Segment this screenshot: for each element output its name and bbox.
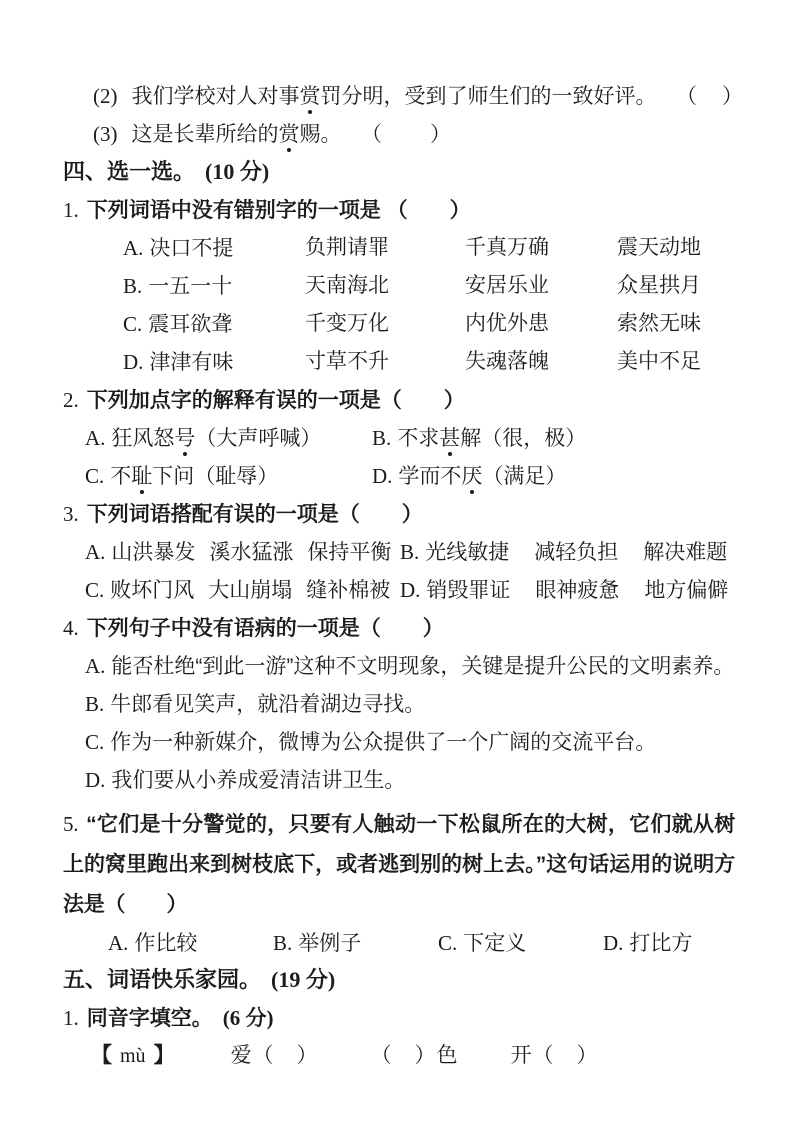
option-label: A. [85,426,105,450]
phrase: 山洪暴发 [111,541,195,564]
q2-option-b: B.不求甚解（很，极） [372,424,735,453]
option-label: D. [603,931,623,955]
q3-group-d: D.销毁罪证眼神疲惫地方偏僻 [400,576,735,605]
option-text-pre: 不求 [397,427,439,450]
answer-blank: （ ） [687,85,746,108]
idiom: 震耳欲聋 [148,313,232,336]
dotted-char: 号 [174,425,195,453]
idiom: 一五一十 [148,275,232,298]
q4-option-b: B.牛郎看见笑声，就沿着湖边寻找。 [63,690,735,719]
dotted-char: 耻 [131,463,152,491]
phrase: 减轻负担 [534,541,618,564]
option-label: D. [400,578,420,602]
option-text-post: 下问（耻辱） [152,465,278,488]
test-paper-page: (2)我们学校对人对事赏罚分明，受到了师生们的一致好评。（ ） (3)这是长辈所… [0,0,793,1122]
section-5-heading: 五、词语快乐家园。(19 分) [63,966,735,994]
section-4-heading: 四、选一选。(10 分) [63,158,735,186]
idiom: 安居乐业 [465,272,617,301]
q4-option-a: A.能否杜绝“到此一游”这种不文明现象，关键是提升公民的文明素养。 [63,652,735,681]
phrase: 销毁罪证 [426,579,510,602]
item-text-pre: 我们学校对人对事 [132,85,300,108]
subsection-title: 同音字填空。 [87,1007,213,1030]
q4-option-d: D.我们要从小养成爱清洁讲卫生。 [63,766,735,795]
question-text: 下列词语搭配有误的一项是（ ） [87,503,423,526]
phrase: 光线敏捷 [425,541,509,564]
dotted-char: 甚 [439,425,460,453]
q2-option-row-cd: C.不耻下问（耻辱） D.学而不厌（满足） [63,462,735,491]
item-text-pre: 这是长辈所给的 [132,123,279,146]
question-number: 1. [63,1006,79,1030]
question-number: 3. [63,502,79,526]
fill-blank: 开（ ） [511,1042,599,1070]
phrase: 缝补棉被 [306,579,390,602]
phrase: 大山崩塌 [208,579,292,602]
phrase: 地方偏僻 [644,579,728,602]
option-label: C. [85,730,104,754]
bracket-open: 【 [91,1044,112,1067]
option-label: D. [85,768,105,792]
question-text: 下列加点字的解释有误的一项是（ ） [87,389,465,412]
idiom: 美中不足 [617,348,735,377]
judge-item-3: (3)这是长辈所给的赏赐。（ ） [63,120,735,149]
phrase: 保持平衡 [307,541,391,564]
section-title: 五、词语快乐家园。 [63,967,261,992]
idiom: 索然无味 [617,310,735,339]
question-number: 2. [63,388,79,412]
section-points: (10 分) [205,159,269,184]
option-label: C. [85,578,104,602]
option-label: D. [372,464,392,488]
item-number: (2) [93,84,118,108]
option-text-pre: 学而不 [398,465,461,488]
idiom: 千真万确 [465,234,617,263]
idiom: 众星拱月 [617,272,735,301]
q2-stem: 2.下列加点字的解释有误的一项是（ ） [63,386,735,415]
option-text: 我们要从小养成爱清洁讲卫生。 [111,769,405,792]
option-label: A. [108,931,128,955]
option-text: 下定义 [463,932,526,955]
dotted-char: 厌 [461,463,482,491]
question-text: “它们是十分警觉的，只要有人触动一下松鼠所在的大树，它们就从树上的窝里跑出来到树… [63,813,735,916]
q1-option-row-b: B.一五一十 天南海北 安居乐业 众星拱月 [63,272,735,301]
question-number: 4. [63,616,79,640]
q5-option-row: A.作比较 B.举例子 C.下定义 D.打比方 [63,929,735,958]
q5-option-b: B.举例子 [273,929,438,958]
item-text-post: 赐。 [300,123,342,146]
idiom-cell: D.津津有味 [123,348,305,377]
q1-option-row-c: C.震耳欲聋 千变万化 内优外患 索然无味 [63,310,735,339]
dotted-char: 赏 [300,83,321,111]
q5-option-a: A.作比较 [108,929,273,958]
q5-stem: 5.“它们是十分警觉的，只要有人触动一下松鼠所在的大树，它们就从树上的窝里跑出来… [63,804,735,925]
question-text: 下列词语中没有错别字的一项是 （ ） [87,199,471,222]
subsection-points: (6 分) [223,1006,274,1030]
option-text-post: （满足） [482,465,566,488]
q2-option-c: C.不耻下问（耻辱） [85,462,372,491]
idiom: 千变万化 [305,310,465,339]
phrase: 解决难题 [643,541,727,564]
idiom: 决口不提 [149,237,233,260]
q5-option-d: D.打比方 [603,929,735,958]
option-label: C. [438,931,457,955]
option-label: A. [85,540,105,564]
idiom: 震天动地 [617,234,735,263]
dotted-char: 赏 [279,121,300,149]
option-label: B. [123,274,142,298]
item-text-post: 罚分明，受到了师生们的一致好评。 [321,85,657,108]
idiom-cell: B.一五一十 [123,272,305,301]
fill-blank: （ ）色 [371,1042,459,1070]
pinyin-bracket: 【mù】 [91,1042,175,1070]
phrase: 眼神疲惫 [535,579,619,602]
option-label: B. [85,692,104,716]
option-text: 能否杜绝“到此一游”这种不文明现象，关键是提升公民的文明素养。 [111,655,734,678]
q3-option-row-ab: A.山洪暴发溪水猛涨保持平衡 B.光线敏捷减轻负担解决难题 [63,538,735,567]
idiom-cell: C.震耳欲聋 [123,310,305,339]
fill-blank: 爱（ ） [231,1042,319,1070]
idiom: 失魂落魄 [465,348,617,377]
option-text-pre: 不 [110,465,131,488]
q3-stem: 3.下列词语搭配有误的一项是（ ） [63,500,735,529]
option-text-post: 解（很，极） [460,427,586,450]
question-number: 1. [63,198,79,222]
option-label: C. [85,464,104,488]
phrase: 溪水猛涨 [209,541,293,564]
option-label: A. [123,236,143,260]
idiom: 寸草不升 [305,348,465,377]
judge-item-2: (2)我们学校对人对事赏罚分明，受到了师生们的一致好评。（ ） [63,82,735,111]
q3-group-b: B.光线敏捷减轻负担解决难题 [400,538,735,567]
q3-group-a: A.山洪暴发溪水猛涨保持平衡 [85,538,400,567]
pinyin-label: mù [120,1045,146,1067]
option-label: A. [85,654,105,678]
option-label: B. [400,540,419,564]
q4-option-c: C.作为一种新媒介，微博为公众提供了一个广阔的交流平台。 [63,728,735,757]
option-text: 举例子 [298,932,361,955]
option-text-post: （大声呼喊） [195,427,321,450]
homophone-fill-row: 【mù】 爱（ ） （ ）色 开（ ） [63,1042,735,1070]
idiom-cell: A.决口不提 [123,234,305,263]
option-text: 作为一种新媒介，微博为公众提供了一个广阔的交流平台。 [110,731,656,754]
q5-option-c: C.下定义 [438,929,603,958]
question-text: 下列句子中没有语病的一项是（ ） [87,617,444,640]
q1-option-row-d: D.津津有味 寸草不升 失魂落魄 美中不足 [63,348,735,377]
option-label: C. [123,312,142,336]
idiom: 天南海北 [305,272,465,301]
item-number: (3) [93,122,118,146]
option-text: 打比方 [629,932,692,955]
q2-option-d: D.学而不厌（满足） [372,462,735,491]
q4-stem: 4.下列句子中没有语病的一项是（ ） [63,614,735,643]
idiom: 津津有味 [149,351,233,374]
idiom: 内优外患 [465,310,617,339]
answer-blank: （ ） [372,123,454,146]
option-text: 牛郎看见笑声，就沿着湖边寻找。 [110,693,425,716]
bracket-close: 】 [154,1044,175,1067]
q1-stem: 1.下列词语中没有错别字的一项是 （ ） [63,196,735,225]
option-text-pre: 狂风怒 [111,427,174,450]
section-points: (19 分) [271,967,335,992]
option-text: 作比较 [134,932,197,955]
section-title: 四、选一选。 [63,159,195,184]
q3-group-c: C.败坏门风大山崩塌缝补棉被 [85,576,400,605]
option-label: B. [273,931,292,955]
phrase: 败坏门风 [110,579,194,602]
question-number: 5. [63,812,78,836]
q1-option-row-a: A.决口不提 负荆请罪 千真万确 震天动地 [63,234,735,263]
idiom: 负荆请罪 [305,234,465,263]
q2-option-row-ab: A.狂风怒号（大声呼喊） B.不求甚解（很，极） [63,424,735,453]
section-5-sub1-heading: 1.同音字填空。(6 分) [63,1004,735,1033]
option-label: D. [123,350,143,374]
q3-option-row-cd: C.败坏门风大山崩塌缝补棉被 D.销毁罪证眼神疲惫地方偏僻 [63,576,735,605]
option-label: B. [372,426,391,450]
q2-option-a: A.狂风怒号（大声呼喊） [85,424,372,453]
